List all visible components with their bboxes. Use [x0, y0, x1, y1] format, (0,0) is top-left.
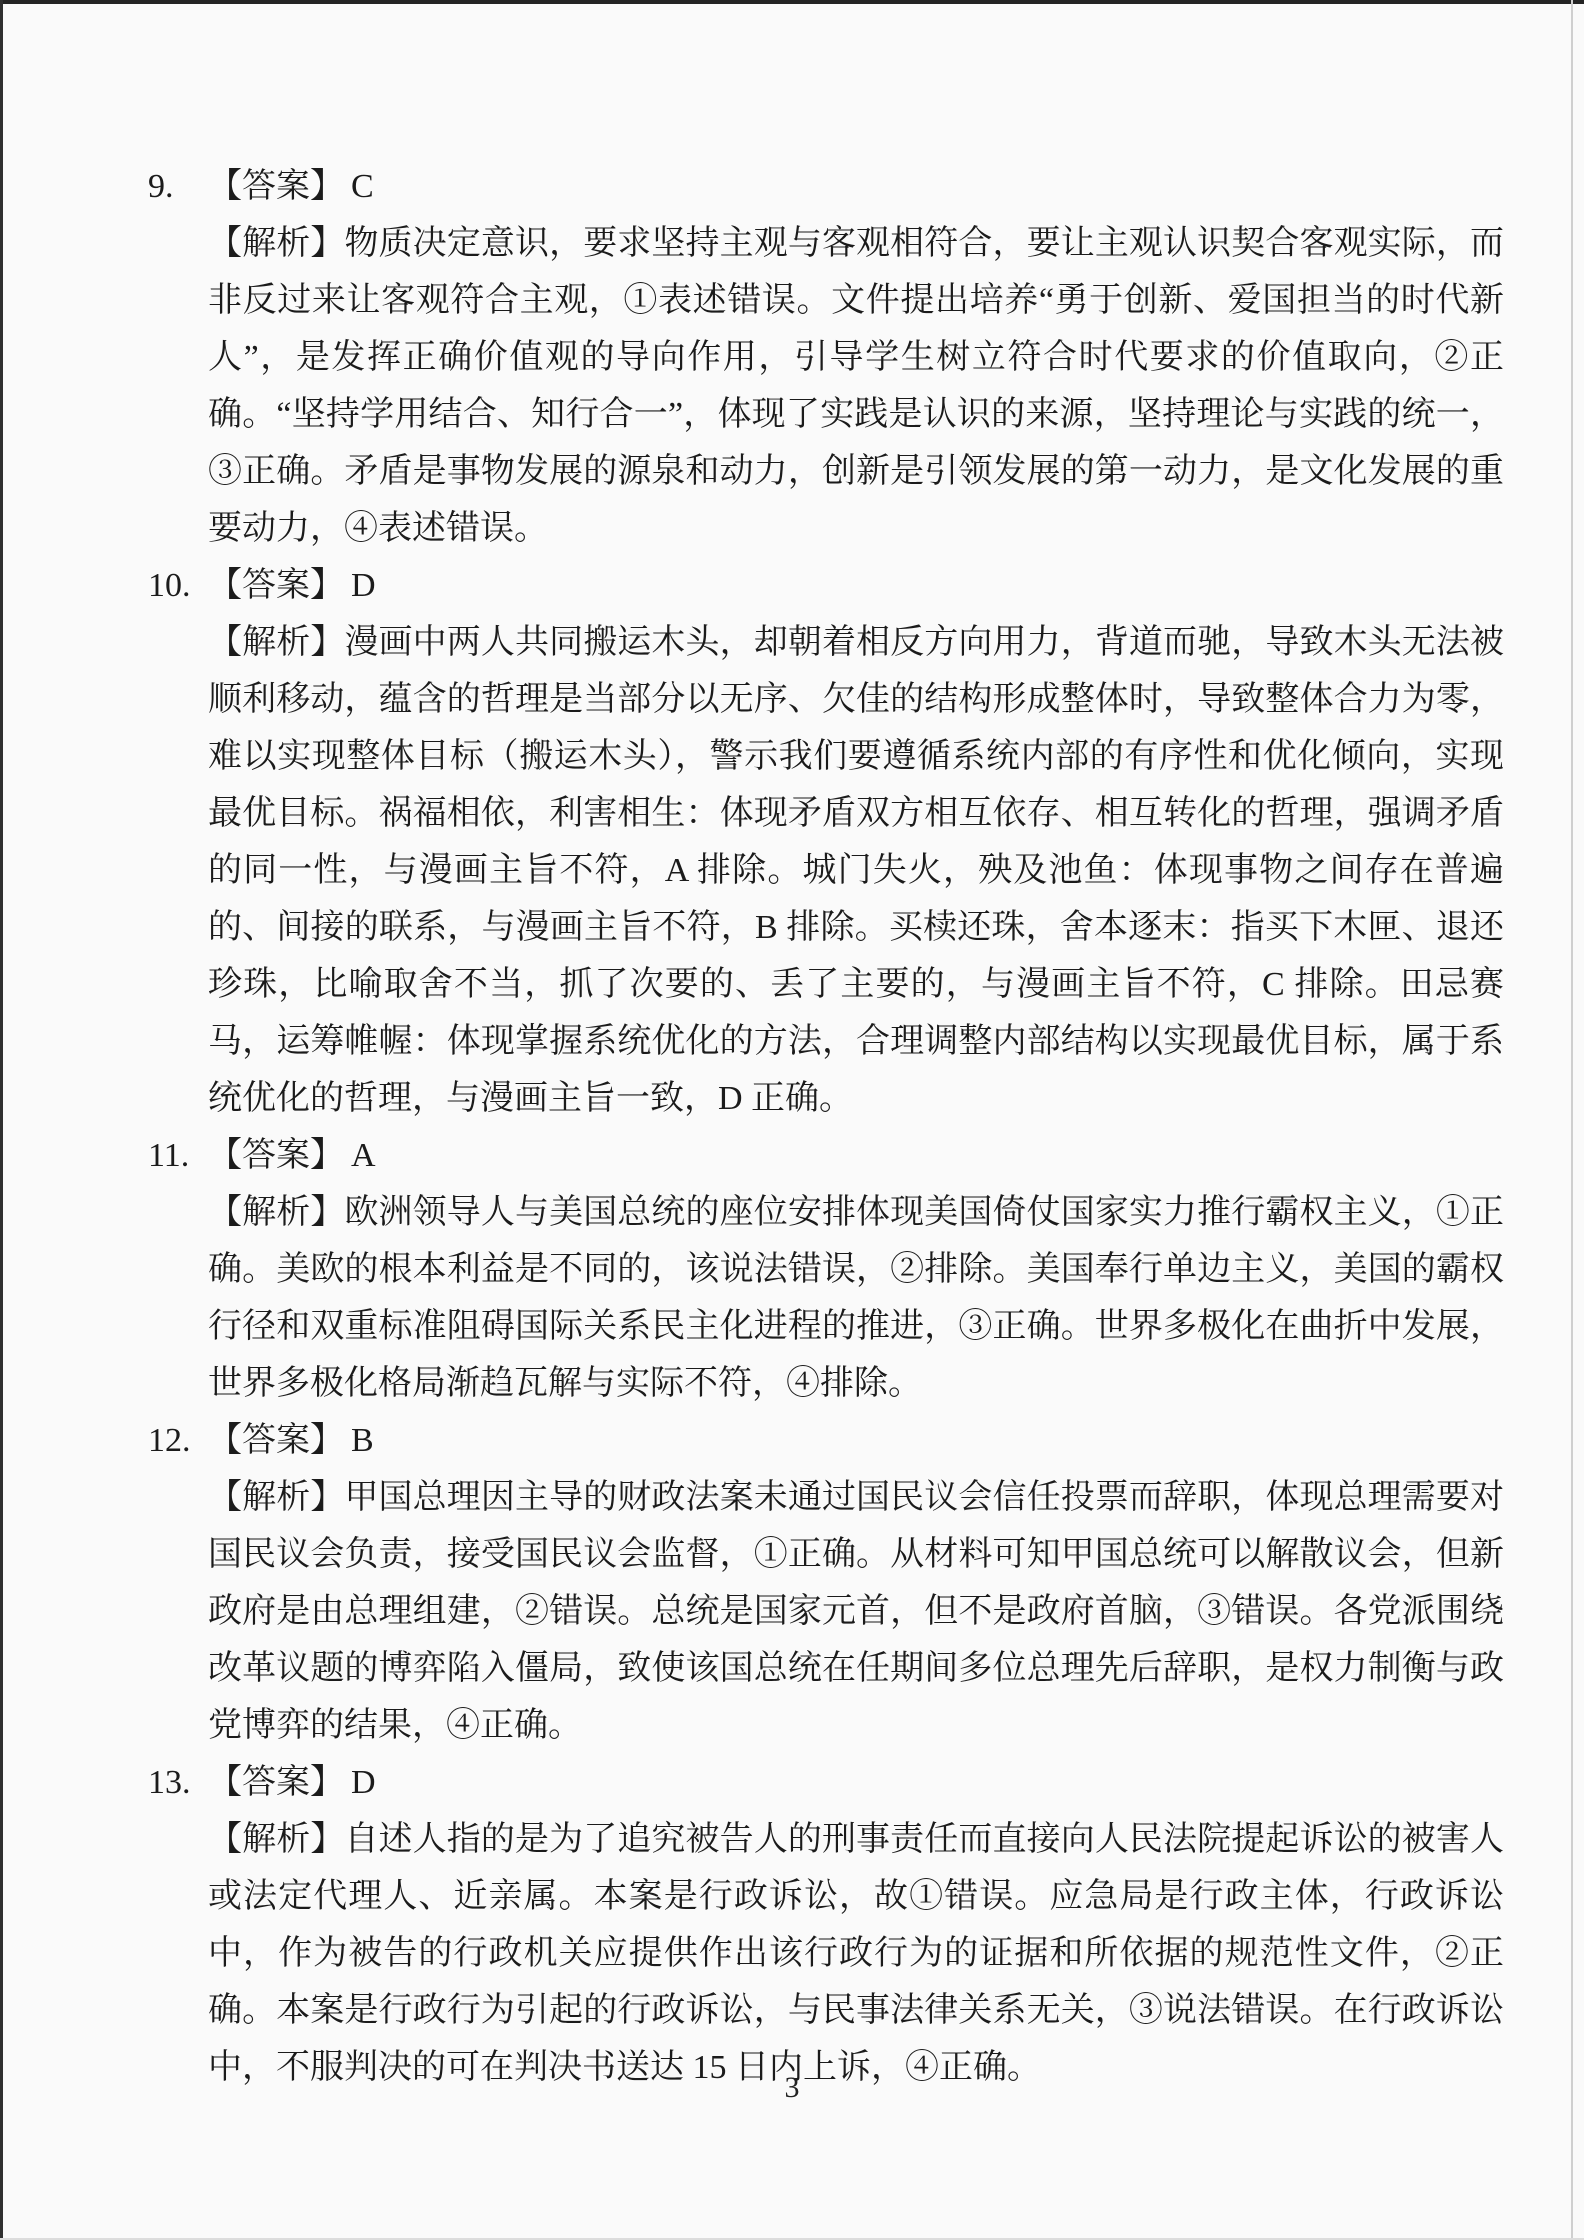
analysis-paragraph: 【解析】漫画中两人共同搬运木头，却朝着相反方向用力，背道而驰，导致木头无法被顺利…	[208, 614, 1504, 1127]
analysis-paragraph: 【解析】甲国总理因主导的财政法案未通过国民议会信任投票而辞职，体现总理需要对国民…	[208, 1469, 1504, 1754]
scan-edge-right	[1571, 0, 1573, 2240]
answer-letter: D	[351, 1764, 376, 1801]
item-body: 【答案】C 【解析】物质决定意识，要求坚持主观与客观相符合，要让主观认识契合客观…	[208, 158, 1504, 557]
analysis-text: 自述人指的是为了追究被告人的刑事责任而直接向人民法院提起诉讼的被害人或法定代理人…	[208, 1821, 1504, 2086]
analysis-label: 【解析】	[208, 1821, 344, 1858]
item-body: 【答案】B 【解析】甲国总理因主导的财政法案未通过国民议会信任投票而辞职，体现总…	[208, 1412, 1504, 1754]
answer-line: 【答案】A	[208, 1127, 1504, 1184]
page-number: 3	[0, 2068, 1584, 2108]
answer-item-10: 10. 【答案】D 【解析】漫画中两人共同搬运木头，却朝着相反方向用力，背道而驰…	[148, 557, 1504, 1127]
answer-line: 【答案】C	[208, 158, 1504, 215]
answer-letter: A	[351, 1137, 376, 1174]
answer-item-12: 12. 【答案】B 【解析】甲国总理因主导的财政法案未通过国民议会信任投票而辞职…	[148, 1412, 1504, 1754]
answer-label: 【答案】	[208, 567, 344, 604]
answer-label: 【答案】	[208, 1422, 344, 1459]
analysis-label: 【解析】	[208, 225, 344, 262]
analysis-paragraph: 【解析】自述人指的是为了追究被告人的刑事责任而直接向人民法院提起诉讼的被害人或法…	[208, 1811, 1504, 2096]
answer-item-13: 13. 【答案】D 【解析】自述人指的是为了追究被告人的刑事责任而直接向人民法院…	[148, 1754, 1504, 2096]
analysis-label: 【解析】	[208, 1194, 344, 1231]
answer-item-11: 11. 【答案】A 【解析】欧洲领导人与美国总统的座位安排体现美国倚仗国家实力推…	[148, 1127, 1504, 1412]
scan-edge-left	[0, 0, 3, 2240]
analysis-label: 【解析】	[208, 1479, 344, 1516]
analysis-paragraph: 【解析】欧洲领导人与美国总统的座位安排体现美国倚仗国家实力推行霸权主义，①正确。…	[208, 1184, 1504, 1412]
answer-label: 【答案】	[208, 1137, 344, 1174]
analysis-text: 甲国总理因主导的财政法案未通过国民议会信任投票而辞职，体现总理需要对国民议会负责…	[208, 1479, 1504, 1744]
question-number: 10.	[148, 557, 208, 614]
analysis-label: 【解析】	[208, 624, 344, 661]
analysis-text: 漫画中两人共同搬运木头，却朝着相反方向用力，背道而驰，导致木头无法被顺利移动，蕴…	[208, 624, 1504, 1117]
scan-edge-top	[0, 0, 1584, 4]
question-number: 9.	[148, 158, 208, 215]
answer-letter: B	[351, 1422, 374, 1459]
analysis-paragraph: 【解析】物质决定意识，要求坚持主观与客观相符合，要让主观认识契合客观实际，而非反…	[208, 215, 1504, 557]
answer-line: 【答案】D	[208, 1754, 1504, 1811]
question-number: 13.	[148, 1754, 208, 1811]
answer-line: 【答案】D	[208, 557, 1504, 614]
item-body: 【答案】A 【解析】欧洲领导人与美国总统的座位安排体现美国倚仗国家实力推行霸权主…	[208, 1127, 1504, 1412]
question-number: 12.	[148, 1412, 208, 1469]
answer-label: 【答案】	[208, 168, 344, 205]
answer-item-9: 9. 【答案】C 【解析】物质决定意识，要求坚持主观与客观相符合，要让主观认识契…	[148, 158, 1504, 557]
answer-label: 【答案】	[208, 1764, 344, 1801]
answer-letter: D	[351, 567, 376, 604]
item-body: 【答案】D 【解析】漫画中两人共同搬运木头，却朝着相反方向用力，背道而驰，导致木…	[208, 557, 1504, 1127]
answer-key-content: 9. 【答案】C 【解析】物质决定意识，要求坚持主观与客观相符合，要让主观认识契…	[148, 158, 1504, 2096]
analysis-text: 欧洲领导人与美国总统的座位安排体现美国倚仗国家实力推行霸权主义，①正确。美欧的根…	[208, 1194, 1504, 1402]
question-number: 11.	[148, 1127, 208, 1184]
analysis-text: 物质决定意识，要求坚持主观与客观相符合，要让主观认识契合客观实际，而非反过来让客…	[208, 225, 1504, 547]
answer-line: 【答案】B	[208, 1412, 1504, 1469]
item-body: 【答案】D 【解析】自述人指的是为了追究被告人的刑事责任而直接向人民法院提起诉讼…	[208, 1754, 1504, 2096]
document-page: 9. 【答案】C 【解析】物质决定意识，要求坚持主观与客观相符合，要让主观认识契…	[0, 0, 1584, 2240]
answer-letter: C	[351, 168, 374, 205]
